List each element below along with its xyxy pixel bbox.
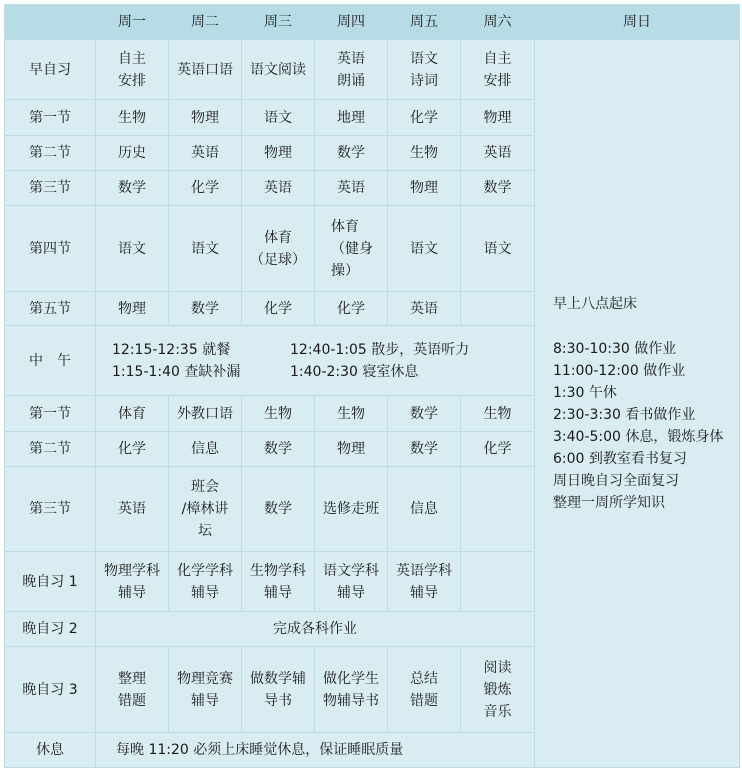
day-header-mon: 周一: [96, 5, 169, 40]
schedule-cell: 语文: [461, 206, 535, 292]
schedule-cell: 语文学科辅导: [315, 552, 388, 612]
sunday-item: 11:00-12:00 做作业: [553, 360, 739, 382]
schedule-cell: 信息: [388, 467, 461, 552]
schedule-cell: 物理学科辅导: [96, 552, 169, 612]
schedule-cell: 外教口语: [169, 396, 242, 432]
sunday-item: 3:40-5:00 休息，锻炼身体: [553, 426, 739, 448]
schedule-cell: 整理错题: [96, 647, 169, 733]
schedule-cell: 英语: [169, 136, 242, 171]
schedule-cell: 英语朗诵: [315, 40, 388, 100]
schedule-cell: 语文: [242, 100, 315, 136]
schedule-cell: 历史: [96, 136, 169, 171]
row-label: 休息: [5, 733, 96, 768]
schedule-cell: 数学: [315, 136, 388, 171]
row-label: 中 午: [5, 326, 96, 396]
row-label: 第五节: [5, 292, 96, 326]
schedule-cell: 生物学科辅导: [242, 552, 315, 612]
day-header-fri: 周五: [388, 5, 461, 40]
schedule-cell: 物理: [96, 292, 169, 326]
sunday-item: 整理一周所学知识: [553, 492, 739, 514]
schedule-cell: 选修走班: [315, 467, 388, 552]
corner-cell: [5, 5, 96, 40]
sunday-plan-cell: 早上八点起床 8:30-10:30 做作业 11:00-12:00 做作业 1:…: [535, 40, 740, 768]
schedule-cell: 阅读锻炼音乐: [461, 647, 535, 733]
schedule-cell: [461, 467, 535, 552]
schedule-cell: 数学: [388, 432, 461, 467]
noon-line: 12:15-12:35 就餐 12:40-1:05 散步，英语听力: [112, 339, 534, 361]
schedule-cell: 英语: [461, 136, 535, 171]
schedule-cell: 生物: [388, 136, 461, 171]
rest-note: 每晚 11:20 必须上床睡觉休息，保证睡眠质量: [96, 733, 740, 768]
schedule-cell: 化学: [315, 292, 388, 326]
schedule-cell: 化学: [461, 432, 535, 467]
schedule-cell: 数学: [461, 171, 535, 206]
schedule-cell: 做化学生物辅导书: [315, 647, 388, 733]
row-label: 晚自习 1: [5, 552, 96, 612]
schedule-cell: 英语: [242, 171, 315, 206]
schedule-cell: 信息: [169, 432, 242, 467]
noon-item: 12:15-12:35 就餐: [112, 339, 290, 361]
schedule-cell: 自主安排: [96, 40, 169, 100]
schedule-cell: 语文阅读: [242, 40, 315, 100]
schedule-cell: [461, 292, 535, 326]
schedule-cell: 体育（健身操）: [315, 206, 388, 292]
schedule-cell: 物理: [388, 171, 461, 206]
evening2-cell: 完成各科作业: [96, 612, 535, 647]
row-label: 晚自习 2: [5, 612, 96, 647]
schedule-cell: 化学: [96, 432, 169, 467]
noon-item: 12:40-1:05 散步，英语听力: [290, 339, 469, 361]
row-label: 晚自习 3: [5, 647, 96, 733]
sunday-item: 2:30-3:30 看书做作业: [553, 404, 739, 426]
noon-item: 1:40-2:30 寝室休息: [290, 361, 418, 383]
schedule-cell: 英语口语: [169, 40, 242, 100]
sunday-item: 8:30-10:30 做作业: [553, 338, 739, 360]
schedule-cell: 生物: [315, 396, 388, 432]
day-header-sun: 周日: [535, 5, 740, 40]
schedule-cell: 生物: [242, 396, 315, 432]
schedule-cell: 数学: [242, 432, 315, 467]
schedule-cell: 做数学辅导书: [242, 647, 315, 733]
weekly-schedule-table: 周一 周二 周三 周四 周五 周六 周日 早自习 自主安排 英语口语 语文阅读 …: [4, 4, 740, 768]
schedule-cell: 生物: [96, 100, 169, 136]
day-header-sat: 周六: [461, 5, 535, 40]
row-label: 第一节: [5, 100, 96, 136]
row-label: 第三节: [5, 467, 96, 552]
schedule-cell: 英语学科辅导: [388, 552, 461, 612]
schedule-cell: 物理: [461, 100, 535, 136]
schedule-cell: 化学: [242, 292, 315, 326]
schedule-cell: 自主安排: [461, 40, 535, 100]
row-label: 第二节: [5, 432, 96, 467]
schedule-cell: 体育（足球）: [242, 206, 315, 292]
schedule-cell: 语文诗词: [388, 40, 461, 100]
schedule-cell: [461, 552, 535, 612]
schedule-cell: 数学: [388, 396, 461, 432]
schedule-cell: 英语: [96, 467, 169, 552]
rest-row: 休息 每晚 11:20 必须上床睡觉休息，保证睡眠质量: [5, 733, 740, 768]
schedule-cell: 数学: [169, 292, 242, 326]
schedule-cell: 班会/樟林讲坛: [169, 467, 242, 552]
sunday-wake-up: 早上八点起床: [553, 293, 739, 315]
noon-schedule-cell: 12:15-12:35 就餐 12:40-1:05 散步，英语听力 1:15-1…: [96, 326, 535, 396]
row-label: 第三节: [5, 171, 96, 206]
schedule-cell: 物理: [315, 432, 388, 467]
sunday-item: 周日晚自习全面复习: [553, 470, 739, 492]
row-label: 早自习: [5, 40, 96, 100]
noon-item: 1:15-1:40 查缺补漏: [112, 361, 290, 383]
schedule-cell: 语文: [388, 206, 461, 292]
header-row: 周一 周二 周三 周四 周五 周六 周日: [5, 5, 740, 40]
schedule-cell: 化学: [388, 100, 461, 136]
schedule-cell: 化学: [169, 171, 242, 206]
schedule-cell: 化学学科辅导: [169, 552, 242, 612]
schedule-cell: 体育: [96, 396, 169, 432]
day-header-thu: 周四: [315, 5, 388, 40]
schedule-cell: 数学: [96, 171, 169, 206]
schedule-cell: 语文: [169, 206, 242, 292]
schedule-cell: 生物: [461, 396, 535, 432]
schedule-cell: 物理竞赛辅导: [169, 647, 242, 733]
table-row: 早自习 自主安排 英语口语 语文阅读 英语朗诵 语文诗词 自主安排 早上八点起床…: [5, 40, 740, 100]
schedule-cell: 语文: [96, 206, 169, 292]
row-label: 第一节: [5, 396, 96, 432]
schedule-cell: 数学: [242, 467, 315, 552]
row-label: 第四节: [5, 206, 96, 292]
schedule-cell: 物理: [169, 100, 242, 136]
schedule-cell: 英语: [388, 292, 461, 326]
schedule-cell: 物理: [242, 136, 315, 171]
day-header-tue: 周二: [169, 5, 242, 40]
schedule-cell: 总结错题: [388, 647, 461, 733]
sunday-item: 6:00 到教室看书复习: [553, 448, 739, 470]
noon-line: 1:15-1:40 查缺补漏 1:40-2:30 寝室休息: [112, 361, 534, 383]
sunday-item: 1:30 午休: [553, 382, 739, 404]
day-header-wed: 周三: [242, 5, 315, 40]
schedule-cell: 地理: [315, 100, 388, 136]
schedule-cell: 英语: [315, 171, 388, 206]
row-label: 第二节: [5, 136, 96, 171]
